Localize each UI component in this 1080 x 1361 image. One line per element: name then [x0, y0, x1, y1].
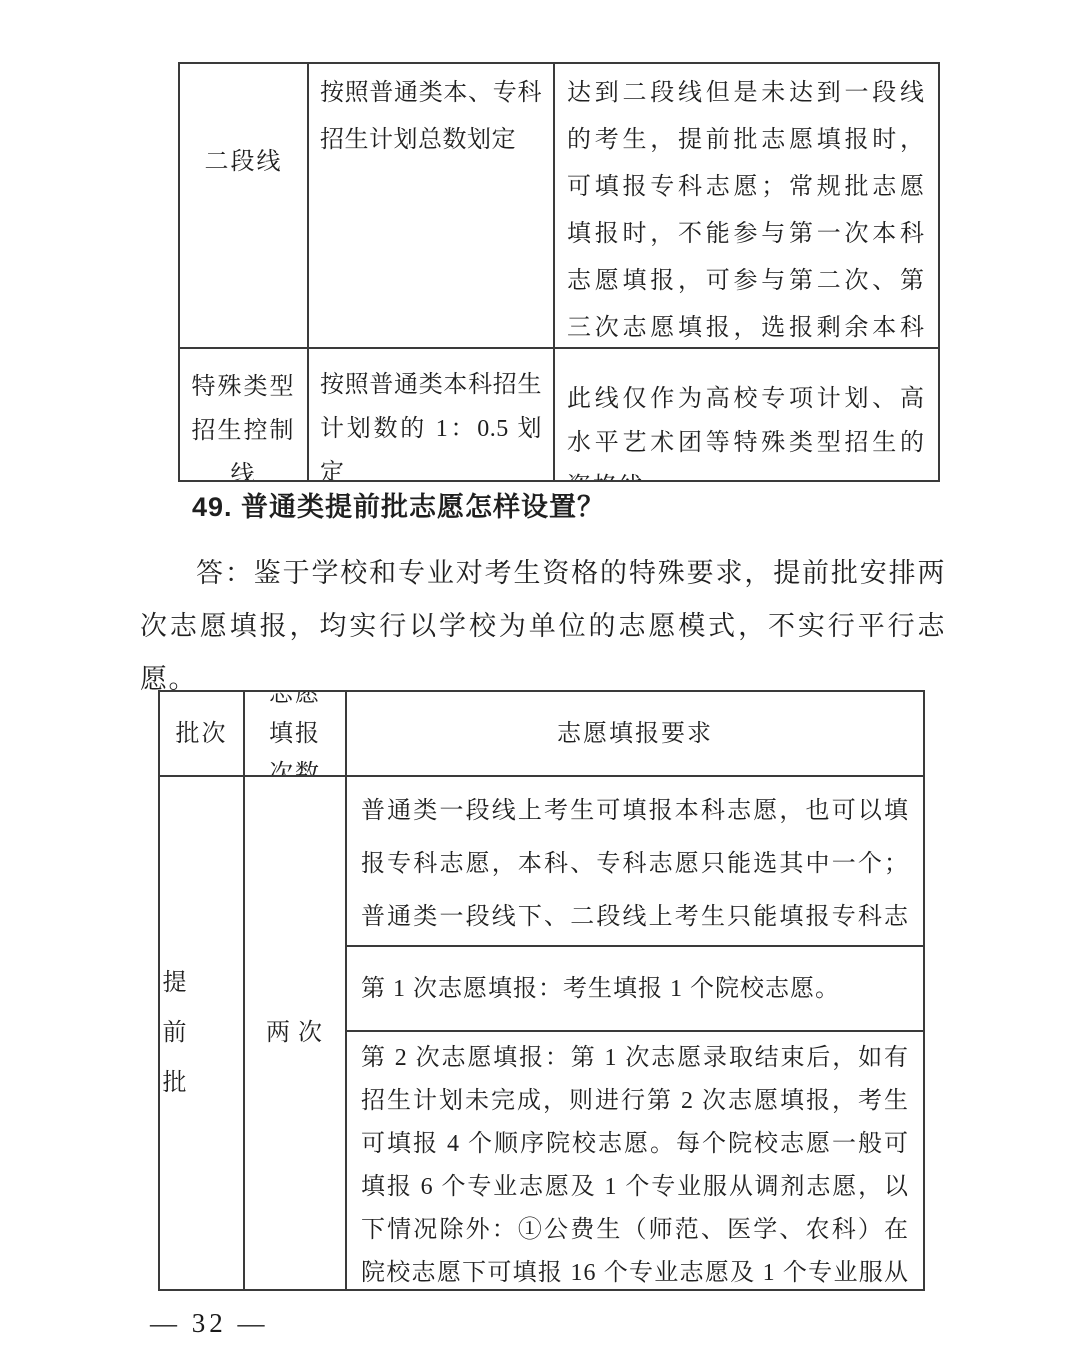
header-requirements: 志愿填报要求 [347, 692, 923, 775]
requirement-cell: 普通类一段线上考生可填报本科志愿，也可以填报专科志愿，本科、专科志愿只能选其中一… [347, 777, 923, 947]
early-batch-table: 批次 志愿填报次数 志愿填报要求 提前批 两次 普通类一段线上考生可填报本科志愿… [158, 690, 925, 1291]
requirements-column: 普通类一段线上考生可填报本科志愿，也可以填报专科志愿，本科、专科志愿只能选其中一… [347, 777, 923, 1289]
table-row: 特殊类型招生控制线 按照普通类本科招生计划数的 1：0.5 划定 此线仅作为高校… [180, 347, 938, 480]
answer-paragraph: 答：鉴于学校和专业对考生资格的特殊要求，提前批安排两次志愿填报，均实行以学校为单… [140, 547, 946, 706]
line-rule-cell: 按照普通类本科招生计划数的 1：0.5 划定 [309, 349, 555, 480]
batch-label: 提前批 [161, 958, 243, 1108]
table-body-row: 提前批 两次 普通类一段线上考生可填报本科志愿，也可以填报专科志愿，本科、专科志… [160, 777, 923, 1289]
requirement-cell: 第 1 次志愿填报：考生填报 1 个院校志愿。 [347, 947, 923, 1032]
batch-cell: 提前批 [160, 777, 245, 1289]
page-number: — 32 — [150, 1308, 269, 1339]
table-header-row: 批次 志愿填报次数 志愿填报要求 [160, 692, 923, 777]
question-heading: 49. 普通类提前批志愿怎样设置？ [140, 490, 960, 524]
line-name-cell: 二段线 [180, 64, 309, 347]
document-page: 二段线 按照普通类本、专科招生计划总数划定 达到二段线但是未达到一段线的考生，提… [0, 0, 1080, 1361]
line-description-cell: 此线仅作为高校专项计划、高水平艺术团等特殊类型招生的资格线。 [555, 349, 938, 480]
score-lines-table: 二段线 按照普通类本、专科招生计划总数划定 达到二段线但是未达到一段线的考生，提… [178, 62, 940, 482]
header-batch: 批次 [160, 692, 245, 775]
line-name-cell: 特殊类型招生控制线 [180, 349, 309, 480]
times-cell: 两次 [245, 777, 347, 1289]
requirement-cell: 第 2 次志愿填报：第 1 次志愿录取结束后，如有招生计划未完成，则进行第 2 … [347, 1032, 923, 1289]
table-row: 二段线 按照普通类本、专科招生计划总数划定 达到二段线但是未达到一段线的考生，提… [180, 64, 938, 347]
line-rule-cell: 按照普通类本、专科招生计划总数划定 [309, 64, 555, 347]
line-description-cell: 达到二段线但是未达到一段线的考生，提前批志愿填报时，可填报专科志愿；常规批志愿填… [555, 64, 938, 347]
header-times: 志愿填报次数 [245, 692, 347, 775]
